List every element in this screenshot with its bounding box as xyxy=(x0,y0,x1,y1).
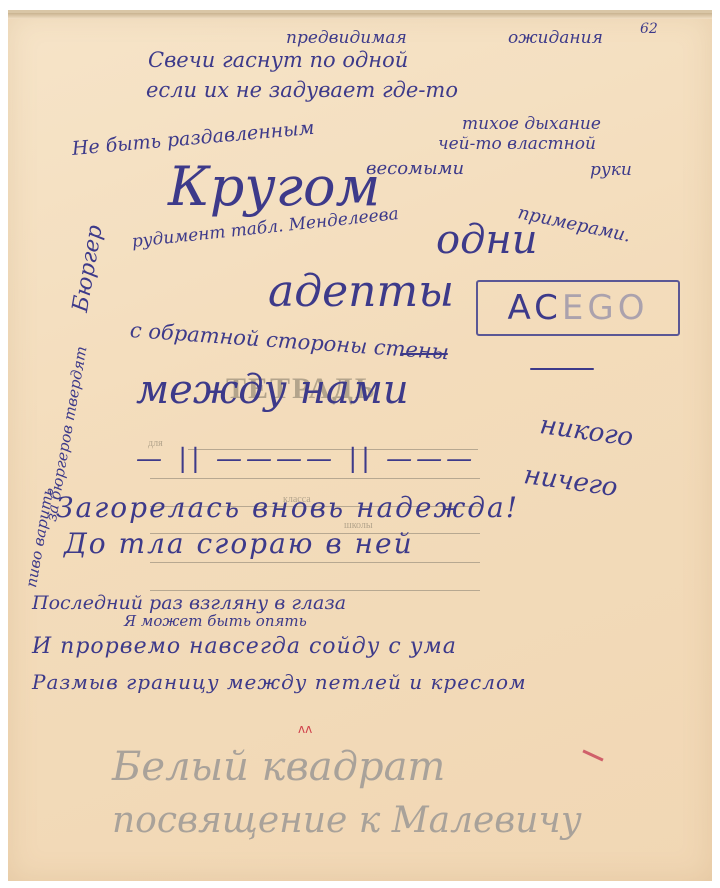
hw-line-3: тихое дыхание xyxy=(462,116,601,133)
hw-line-5: руки xyxy=(590,162,632,179)
page-fold xyxy=(8,13,712,19)
hw-big-4: между нами xyxy=(136,370,409,410)
printed-rule xyxy=(150,562,480,563)
pencil-line-2: посвящение к Малевичу xyxy=(112,800,582,841)
underline xyxy=(400,353,448,355)
hw-line-13: Загорелась вновь надежда! xyxy=(56,494,519,522)
hw-big-2: одни xyxy=(436,220,538,260)
hw-marks: — || ———— || ——— xyxy=(136,446,476,472)
stamp-box: ACEGO xyxy=(476,280,680,336)
stamp-ink-text: AC xyxy=(508,288,562,328)
pencil-line-1: Белый квадрат xyxy=(112,744,445,790)
hw-line-14: До тла сгораю в ней xyxy=(64,530,414,558)
hw-big-1: Кругом xyxy=(168,160,380,214)
hw-top-1: предвидимая xyxy=(286,30,407,47)
red-mark: ʌʌ xyxy=(298,722,312,736)
hw-line-4: чей-то властной xyxy=(438,136,596,153)
hw-line-1: Свечи гаснут по одной xyxy=(148,50,408,71)
hw-line-7: весомыми xyxy=(366,160,464,178)
hw-line-17: И прорвемо навсегда сойду с ума xyxy=(32,636,457,658)
stamp-faded-text: EGO xyxy=(562,288,649,328)
printed-rule xyxy=(150,478,480,479)
hw-line-18: Размыв границу между петлей и креслом xyxy=(32,672,527,692)
hw-line-16: Я может быть опять xyxy=(124,614,307,629)
hw-line-15: Последний раз взгляну в глаза xyxy=(32,594,346,613)
hw-top-2: ожидания xyxy=(508,30,603,47)
hw-line-2: если их не задувает где-то xyxy=(146,80,458,101)
underline xyxy=(530,368,594,370)
page-number: 62 xyxy=(640,22,658,36)
printed-rule xyxy=(150,590,480,591)
hw-big-3: адепты xyxy=(268,270,454,314)
